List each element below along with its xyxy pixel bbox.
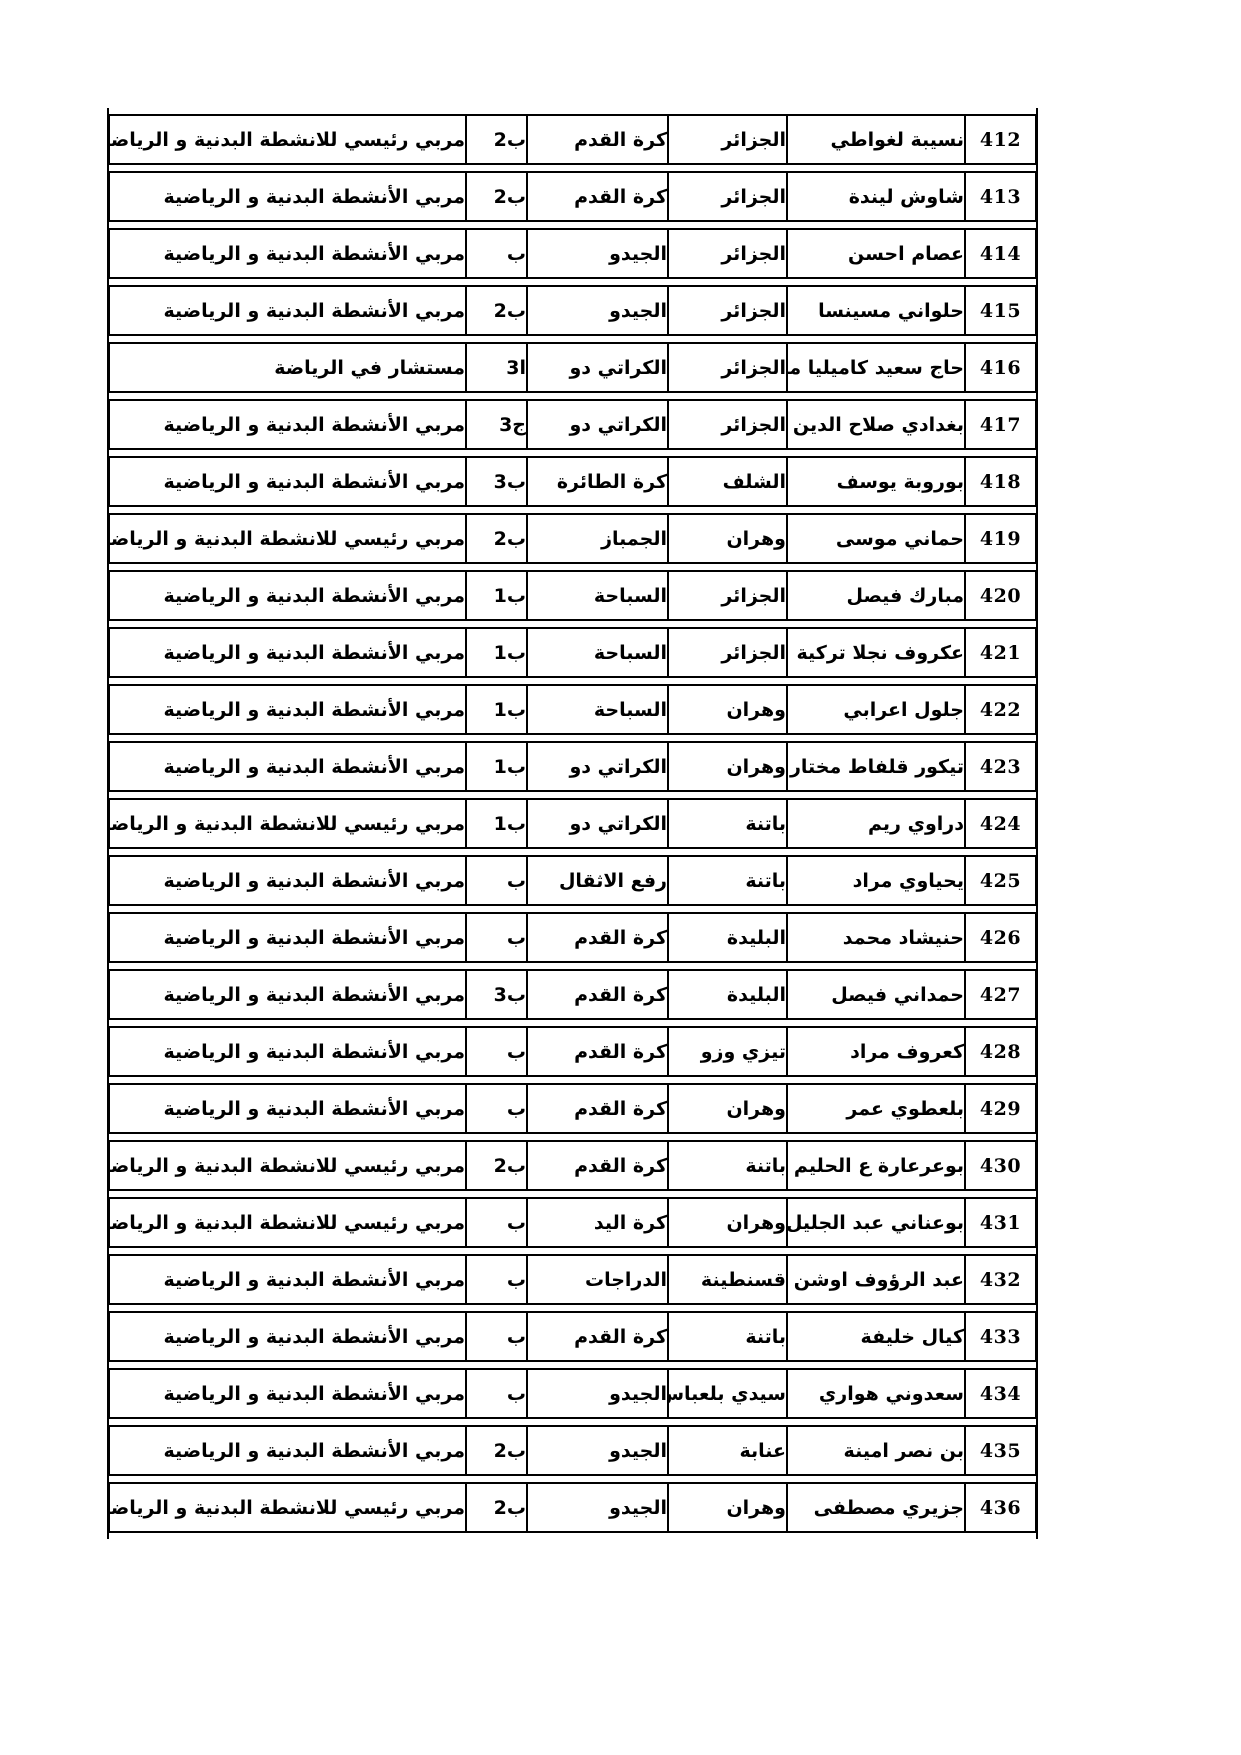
cell-registration-number: 421 (965, 627, 1036, 678)
cell-sport: كرة القدم (527, 1311, 668, 1362)
cell-wilaya: باتنة (668, 855, 787, 906)
cell-wilaya: الجزائر (668, 570, 787, 621)
cell-registration-number: 431 (965, 1197, 1036, 1248)
table-row: 416 حاج سعيد كاميليا منال الجزائر الكرات… (109, 342, 1036, 393)
cell-registration-number: 413 (965, 171, 1036, 222)
cell-sport: كرة القدم (527, 912, 668, 963)
cell-job-title: مربي الأنشطة البدنية و الرياضية (109, 1368, 466, 1419)
cell-registration-number: 434 (965, 1368, 1036, 1419)
table-row: 430 بوعرعارة ع الحليم باتنة كرة القدم ب2… (109, 1140, 1036, 1191)
cell-registration-number: 436 (965, 1482, 1036, 1533)
table-row: 423 تيكور قلفاط مختار وهران الكراتي دو ب… (109, 741, 1036, 792)
cell-job-title: مربي الأنشطة البدنية و الرياضية (109, 855, 466, 906)
cell-sport: الدراجات (527, 1254, 668, 1305)
table-row: 418 بوروبة يوسف الشلف كرة الطائرة ب3 مرب… (109, 456, 1036, 507)
cell-job-title: مربي رئيسي للانشطة البدنية و الرياضية (109, 114, 466, 165)
cell-sport: كرة القدم (527, 969, 668, 1020)
cell-sport: الجيدو (527, 285, 668, 336)
cell-registration-number: 419 (965, 513, 1036, 564)
cell-grade: ب (466, 855, 527, 906)
cell-wilaya: الجزائر (668, 399, 787, 450)
cell-grade: ب (466, 912, 527, 963)
cell-registration-number: 425 (965, 855, 1036, 906)
cell-sport: كرة القدم (527, 114, 668, 165)
cell-person-name: بوروبة يوسف (787, 456, 965, 507)
cell-wilaya: وهران (668, 684, 787, 735)
cell-registration-number: 416 (965, 342, 1036, 393)
staff-table-body: 412 نسيبة لغواطي الجزائر كرة القدم ب2 مر… (109, 114, 1036, 1533)
table-row: 431 بوعناني عبد الجليل وهران كرة اليد ب … (109, 1197, 1036, 1248)
cell-grade: ب (466, 228, 527, 279)
cell-registration-number: 423 (965, 741, 1036, 792)
cell-job-title: مربي الأنشطة البدنية و الرياضية (109, 627, 466, 678)
cell-person-name: حاج سعيد كاميليا منال (787, 342, 965, 393)
cell-registration-number: 435 (965, 1425, 1036, 1476)
cell-wilaya: البليدة (668, 912, 787, 963)
cell-grade: ب2 (466, 1140, 527, 1191)
cell-registration-number: 417 (965, 399, 1036, 450)
cell-registration-number: 429 (965, 1083, 1036, 1134)
cell-wilaya: وهران (668, 1482, 787, 1533)
table-row: 419 حماني موسى وهران الجمباز ب2 مربي رئي… (109, 513, 1036, 564)
table-row: 417 بغدادي صلاح الدين الجزائر الكراتي دو… (109, 399, 1036, 450)
table-row: 425 يحياوي مراد باتنة رفع الاثقال ب مربي… (109, 855, 1036, 906)
cell-person-name: بغدادي صلاح الدين (787, 399, 965, 450)
cell-person-name: بوعرعارة ع الحليم (787, 1140, 965, 1191)
cell-job-title: مربي رئيسي للانشطة البدنية و الرياضية (109, 1197, 466, 1248)
cell-person-name: تيكور قلفاط مختار (787, 741, 965, 792)
cell-person-name: حنيشاد محمد (787, 912, 965, 963)
table-row: 420 مبارك فيصل الجزائر السباحة ب1 مربي ا… (109, 570, 1036, 621)
cell-grade: ا3 (466, 342, 527, 393)
table-row: 434 سعدوني هواري سيدي بلعباس الجيدو ب مر… (109, 1368, 1036, 1419)
cell-grade: ب1 (466, 741, 527, 792)
cell-person-name: نسيبة لغواطي (787, 114, 965, 165)
table-row: 436 جزيري مصطفى وهران الجيدو ب2 مربي رئي… (109, 1482, 1036, 1533)
cell-wilaya: وهران (668, 741, 787, 792)
table-row: 421 عكروف نجلا تركية الجزائر السباحة ب1 … (109, 627, 1036, 678)
cell-grade: ب2 (466, 1425, 527, 1476)
cell-wilaya: الجزائر (668, 342, 787, 393)
cell-sport: الجيدو (527, 1425, 668, 1476)
cell-sport: الجيدو (527, 1482, 668, 1533)
cell-job-title: مربي رئيسي للانشطة البدنية و الرياضية (109, 798, 466, 849)
cell-wilaya: وهران (668, 513, 787, 564)
cell-registration-number: 433 (965, 1311, 1036, 1362)
cell-job-title: مربي الأنشطة البدنية و الرياضية (109, 1254, 466, 1305)
cell-job-title: مربي الأنشطة البدنية و الرياضية (109, 570, 466, 621)
table-row: 426 حنيشاد محمد البليدة كرة القدم ب مربي… (109, 912, 1036, 963)
cell-grade: ب2 (466, 1482, 527, 1533)
cell-grade: ب (466, 1254, 527, 1305)
cell-job-title: مربي الأنشطة البدنية و الرياضية (109, 171, 466, 222)
cell-job-title: مربي الأنشطة البدنية و الرياضية (109, 399, 466, 450)
cell-wilaya: قسنطينة (668, 1254, 787, 1305)
table-row: 429 بلعطوي عمر وهران كرة القدم ب مربي ال… (109, 1083, 1036, 1134)
cell-wilaya: تيزي وزو (668, 1026, 787, 1077)
cell-grade: ب3 (466, 456, 527, 507)
cell-job-title: مربي الأنشطة البدنية و الرياضية (109, 1311, 466, 1362)
cell-grade: ب (466, 1368, 527, 1419)
cell-registration-number: 426 (965, 912, 1036, 963)
cell-job-title: مربي الأنشطة البدنية و الرياضية (109, 285, 466, 336)
cell-grade: ج3 (466, 399, 527, 450)
cell-registration-number: 424 (965, 798, 1036, 849)
cell-sport: السباحة (527, 684, 668, 735)
cell-person-name: جلول اعرابي (787, 684, 965, 735)
document-page: { "document": { "kind": "personnel-list-… (0, 0, 1241, 1755)
cell-sport: رفع الاثقال (527, 855, 668, 906)
table-row: 422 جلول اعرابي وهران السباحة ب1 مربي ال… (109, 684, 1036, 735)
cell-sport: كرة القدم (527, 1140, 668, 1191)
cell-registration-number: 427 (965, 969, 1036, 1020)
cell-person-name: كعروف مراد (787, 1026, 965, 1077)
cell-sport: الجمباز (527, 513, 668, 564)
table-row: 413 شاوش ليندة الجزائر كرة القدم ب2 مربي… (109, 171, 1036, 222)
cell-sport: كرة القدم (527, 1026, 668, 1077)
cell-sport: الجيدو (527, 228, 668, 279)
cell-grade: ب2 (466, 171, 527, 222)
page-background: 412 نسيبة لغواطي الجزائر كرة القدم ب2 مر… (0, 0, 1241, 1755)
cell-person-name: كيال خليفة (787, 1311, 965, 1362)
cell-sport: كرة اليد (527, 1197, 668, 1248)
cell-registration-number: 428 (965, 1026, 1036, 1077)
table-row: 424 دراوي ريم باتنة الكراتي دو ب1 مربي ر… (109, 798, 1036, 849)
table-row: 427 حمداني فيصل البليدة كرة القدم ب3 مرب… (109, 969, 1036, 1020)
table-row: 432 عبد الرؤوف اوشن قسنطينة الدراجات ب م… (109, 1254, 1036, 1305)
cell-job-title: مربي الأنشطة البدنية و الرياضية (109, 228, 466, 279)
cell-person-name: عكروف نجلا تركية (787, 627, 965, 678)
cell-job-title: مربي الأنشطة البدنية و الرياضية (109, 1026, 466, 1077)
cell-registration-number: 412 (965, 114, 1036, 165)
cell-registration-number: 415 (965, 285, 1036, 336)
cell-job-title: مربي الأنشطة البدنية و الرياضية (109, 912, 466, 963)
cell-job-title: مربي الأنشطة البدنية و الرياضية (109, 1083, 466, 1134)
cell-wilaya: باتنة (668, 1140, 787, 1191)
cell-wilaya: باتنة (668, 1311, 787, 1362)
cell-registration-number: 418 (965, 456, 1036, 507)
cell-registration-number: 420 (965, 570, 1036, 621)
cell-sport: السباحة (527, 570, 668, 621)
cell-wilaya: باتنة (668, 798, 787, 849)
table-row: 433 كيال خليفة باتنة كرة القدم ب مربي ال… (109, 1311, 1036, 1362)
cell-person-name: حماني موسى (787, 513, 965, 564)
cell-sport: الكراتي دو (527, 798, 668, 849)
cell-grade: ب3 (466, 969, 527, 1020)
cell-job-title: مربي رئيسي للانشطة البدنية و الرياضية (109, 513, 466, 564)
cell-grade: ب (466, 1083, 527, 1134)
cell-wilaya: الجزائر (668, 627, 787, 678)
cell-wilaya: الجزائر (668, 171, 787, 222)
cell-sport: الكراتي دو (527, 342, 668, 393)
staff-table-frame: 412 نسيبة لغواطي الجزائر كرة القدم ب2 مر… (107, 108, 1038, 1539)
cell-grade: ب (466, 1026, 527, 1077)
cell-sport: الكراتي دو (527, 741, 668, 792)
cell-grade: ب1 (466, 570, 527, 621)
cell-registration-number: 414 (965, 228, 1036, 279)
cell-person-name: بوعناني عبد الجليل (787, 1197, 965, 1248)
cell-person-name: سعدوني هواري (787, 1368, 965, 1419)
table-row: 412 نسيبة لغواطي الجزائر كرة القدم ب2 مر… (109, 114, 1036, 165)
cell-job-title: مستشار في الرياضة (109, 342, 466, 393)
cell-person-name: شاوش ليندة (787, 171, 965, 222)
cell-job-title: مربي الأنشطة البدنية و الرياضية (109, 969, 466, 1020)
cell-sport: الكراتي دو (527, 399, 668, 450)
cell-sport: كرة القدم (527, 171, 668, 222)
cell-job-title: مربي رئيسي للانشطة البدنية و الرياضية (109, 1482, 466, 1533)
cell-person-name: بن نصر امينة (787, 1425, 965, 1476)
cell-wilaya: الشلف (668, 456, 787, 507)
staff-table: 412 نسيبة لغواطي الجزائر كرة القدم ب2 مر… (109, 108, 1036, 1539)
cell-person-name: مبارك فيصل (787, 570, 965, 621)
cell-grade: ب2 (466, 114, 527, 165)
cell-registration-number: 432 (965, 1254, 1036, 1305)
cell-job-title: مربي رئيسي للانشطة البدنية و الرياضية (109, 1140, 466, 1191)
cell-wilaya: الجزائر (668, 114, 787, 165)
cell-person-name: بلعطوي عمر (787, 1083, 965, 1134)
cell-sport: كرة القدم (527, 1083, 668, 1134)
table-row: 414 عصام احسن الجزائر الجيدو ب مربي الأن… (109, 228, 1036, 279)
cell-registration-number: 430 (965, 1140, 1036, 1191)
cell-sport: الجيدو (527, 1368, 668, 1419)
cell-grade: ب1 (466, 798, 527, 849)
cell-grade: ب1 (466, 684, 527, 735)
cell-person-name: حمداني فيصل (787, 969, 965, 1020)
cell-sport: كرة الطائرة (527, 456, 668, 507)
cell-person-name: جزيري مصطفى (787, 1482, 965, 1533)
cell-grade: ب (466, 1311, 527, 1362)
cell-grade: ب2 (466, 513, 527, 564)
table-row: 415 حلواني مسينسا الجزائر الجيدو ب2 مربي… (109, 285, 1036, 336)
cell-wilaya: الجزائر (668, 285, 787, 336)
cell-grade: ب (466, 1197, 527, 1248)
cell-wilaya: سيدي بلعباس (668, 1368, 787, 1419)
table-row: 435 بن نصر امينة عنابة الجيدو ب2 مربي ال… (109, 1425, 1036, 1476)
cell-job-title: مربي الأنشطة البدنية و الرياضية (109, 456, 466, 507)
cell-job-title: مربي الأنشطة البدنية و الرياضية (109, 741, 466, 792)
cell-wilaya: عنابة (668, 1425, 787, 1476)
cell-person-name: عصام احسن (787, 228, 965, 279)
cell-person-name: حلواني مسينسا (787, 285, 965, 336)
cell-wilaya: الجزائر (668, 228, 787, 279)
cell-job-title: مربي الأنشطة البدنية و الرياضية (109, 684, 466, 735)
cell-person-name: يحياوي مراد (787, 855, 965, 906)
cell-grade: ب2 (466, 285, 527, 336)
cell-job-title: مربي الأنشطة البدنية و الرياضية (109, 1425, 466, 1476)
cell-wilaya: البليدة (668, 969, 787, 1020)
cell-person-name: دراوي ريم (787, 798, 965, 849)
cell-grade: ب1 (466, 627, 527, 678)
cell-sport: السباحة (527, 627, 668, 678)
cell-person-name: عبد الرؤوف اوشن (787, 1254, 965, 1305)
table-row: 428 كعروف مراد تيزي وزو كرة القدم ب مربي… (109, 1026, 1036, 1077)
cell-wilaya: وهران (668, 1197, 787, 1248)
cell-wilaya: وهران (668, 1083, 787, 1134)
cell-registration-number: 422 (965, 684, 1036, 735)
